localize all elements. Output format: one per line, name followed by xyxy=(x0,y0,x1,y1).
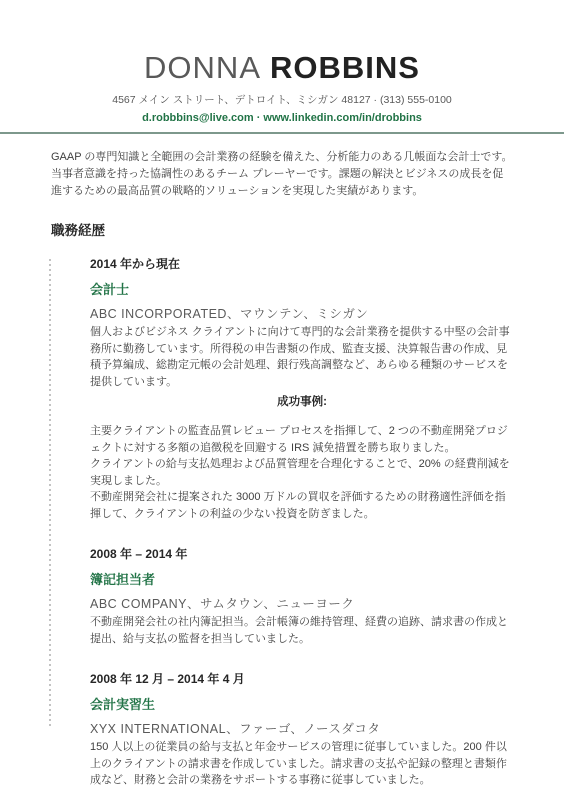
email-link[interactable]: d.robbbins@live.com xyxy=(142,112,254,124)
achievements-heading: 成功事例: xyxy=(90,395,514,410)
job-dates: 2008 年 – 2014 年 xyxy=(90,547,514,562)
job-dates: 2008 年 12 月 – 2014 年 4 月 xyxy=(90,672,514,687)
achievements-list: 主要クライアントの監査品質レビュー プロセスを指揮して、2 つの不動産開発プロジ… xyxy=(90,423,514,522)
job-company: ABC COMPANY、サムタウン、ニューヨーク xyxy=(90,596,514,613)
resume-header: DONNAROBBINS 4567 メイン ストリート、デトロイト、ミシガン 4… xyxy=(0,0,564,125)
job-dates: 2014 年から現在 xyxy=(90,257,514,272)
first-name: DONNA xyxy=(144,50,261,85)
person-name: DONNAROBBINS xyxy=(0,50,564,86)
last-name: ROBBINS xyxy=(270,50,420,85)
achievement-item: 主要クライアントの監査品質レビュー プロセスを指揮して、2 つの不動産開発プロジ… xyxy=(90,423,514,456)
contact-separator: · xyxy=(254,112,264,124)
achievement-item: クライアントの給与支払処理および品質管理を合理化することで、20% の経費削減を… xyxy=(90,456,514,489)
resume-page: DONNAROBBINS 4567 メイン ストリート、デトロイト、ミシガン 4… xyxy=(0,0,564,800)
job-entry-intern: 2008 年 12 月 – 2014 年 4 月 会計実習生 XYX INTER… xyxy=(90,672,514,789)
job-description: 150 人以上の従業員の給与支払と年金サービスの管理に従事していました。200 … xyxy=(90,739,514,789)
header-divider xyxy=(0,132,564,134)
job-title: 会計実習生 xyxy=(90,696,514,713)
section-title-work-history: 職務経歴 xyxy=(51,222,564,240)
job-company: XYX INTERNATIONAL、ファーゴ、ノースダコタ xyxy=(90,721,514,738)
job-title: 会計士 xyxy=(90,281,514,298)
linkedin-link[interactable]: www.linkedin.com/in/drobbins xyxy=(263,112,422,124)
job-description: 個人およびビジネス クライアントに向けて専門的な会計業務を提供する中堅の会計事務… xyxy=(90,324,514,390)
work-history-section: 2014 年から現在 会計士 ABC INCORPORATED、マウンテン、ミシ… xyxy=(0,257,564,789)
job-entry-accountant: 2014 年から現在 会計士 ABC INCORPORATED、マウンテン、ミシ… xyxy=(90,257,514,522)
contact-line: d.robbbins@live.com · www.linkedin.com/i… xyxy=(0,111,564,125)
summary-paragraph: GAAP の専門知識と全範囲の会計業務の経験を備えた、分析能力のある几帳面な会計… xyxy=(51,149,513,200)
job-description: 不動産開発会社の社内簿記担当。会計帳簿の維持管理、経費の追跡、請求書の作成と提出… xyxy=(90,614,514,647)
job-company: ABC INCORPORATED、マウンテン、ミシガン xyxy=(90,306,514,323)
job-entry-bookkeeper: 2008 年 – 2014 年 簿記担当者 ABC COMPANY、サムタウン、… xyxy=(90,547,514,647)
achievement-item: 不動産開発会社に提案された 3000 万ドルの買収を評価するための財務適性評価を… xyxy=(90,489,514,522)
job-title: 簿記担当者 xyxy=(90,571,514,588)
timeline-dotted-line xyxy=(49,259,51,727)
address-line: 4567 メイン ストリート、デトロイト、ミシガン 48127 · (313) … xyxy=(0,94,564,107)
